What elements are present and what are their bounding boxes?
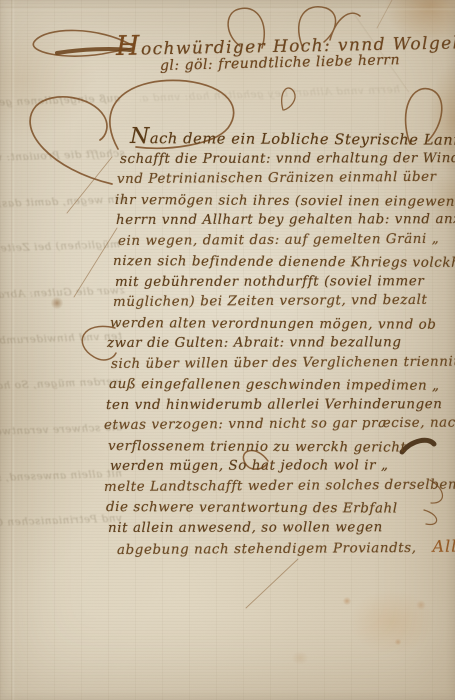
- vertical-fold-crease: [11, 0, 15, 700]
- manuscript-line: müglichen) bei Zeiten versorgt, vnd beza…: [113, 291, 449, 314]
- superscript-flourish: [282, 88, 295, 110]
- top-right-hairline: [377, 0, 392, 28]
- manuscript-line: etwas verzogen: vnnd nicht so gar præcis…: [104, 414, 449, 437]
- manuscript-line: herrn vnnd Allhart bey gehalten hab: vnn…: [116, 210, 449, 231]
- manuscript-line: ten vnd hinwiderumb allerlei Verhinderun…: [106, 395, 449, 416]
- manuscript-line: schafft die Prouiant: vnnd erhaltung der…: [120, 149, 449, 170]
- manuscript-line: zwar die Gulten: Abrait: vnnd bezallung: [107, 333, 449, 354]
- manuscript-line: nit allein anwesend, so wollen wegen: [108, 518, 449, 539]
- manuscript-line: auß eingefallenen geschwinden impedimen …: [109, 375, 449, 397]
- manuscript-line: sich über willen über des Verglichenen t…: [111, 352, 449, 375]
- bleedthrough-text: müglichen) bei Zeiten versorgt, vnd beza…: [0, 238, 120, 255]
- closing-hairline-stroke: [246, 559, 298, 608]
- manuscript-line: ein wegen, damit das: auf gemelten Gräni…: [118, 229, 449, 252]
- manuscript-line: melte Landtschafft weder ein solches der…: [104, 475, 449, 498]
- manuscript-line: Nach deme ein Lobliche Steyrische Lanndt…: [130, 127, 449, 151]
- manuscript-line: werden mügen, So hat jedoch wol ir „: [110, 456, 449, 477]
- bleedthrough-text: auß eingefallenen geschwinden impedimen …: [0, 92, 120, 109]
- closing-word: Alls: [432, 537, 455, 556]
- bleedthrough-text: herrn vnnd Allhart bey gehalten hab: vnn…: [140, 83, 400, 104]
- horizontal-fold-crease: [0, 7, 455, 11]
- body-initial-left-sweep: [30, 97, 112, 184]
- manuscript-line-text: abgebung nach stehendigem Proviandts,: [117, 541, 417, 558]
- manuscript-line: mit gebührender nothdurfft (soviel immer: [115, 272, 449, 293]
- manuscript-line: nizen sich befindende dienende Khriegs v…: [113, 252, 449, 274]
- manuscript-line: die schwere verantwortung des Erbfahl: [106, 498, 449, 520]
- manuscript-line: abgebung nach stehendigem Proviandts,All…: [117, 537, 449, 562]
- manuscript-body: Nach deme ein Lobliche Steyrische Lanndt…: [104, 127, 449, 562]
- manuscript-line: vnd Petrinianischen Gränizen einmahl übe…: [117, 168, 449, 191]
- manuscript-page: auß eingefallenen geschwinden impedimen …: [0, 0, 455, 700]
